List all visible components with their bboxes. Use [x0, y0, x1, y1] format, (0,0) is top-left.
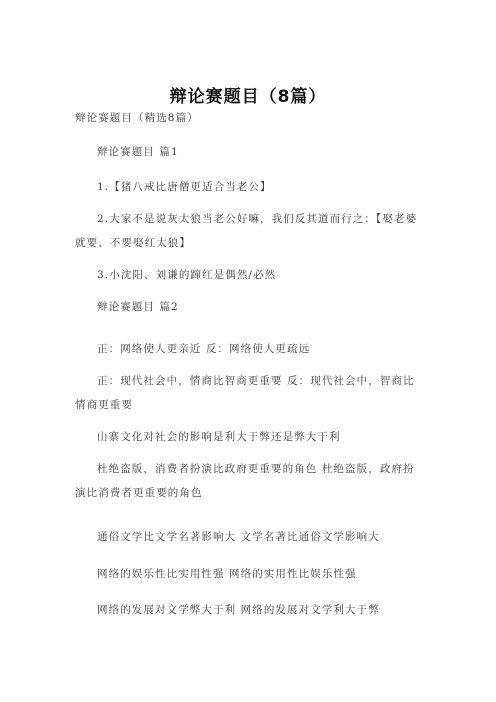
- paragraph: 通俗文学比文学名著影响大 文学名著比通俗文学影响大: [75, 525, 421, 549]
- paragraph: 山寨文化对社会的影响是利大于弊还是弊大于利: [75, 425, 421, 449]
- paragraph: 辩论赛题目 篇2: [75, 295, 421, 319]
- paragraph: 正：网络使人更亲近 反：网络使人更疏远: [75, 337, 421, 361]
- paragraph: 辩论赛题目 篇1: [75, 140, 421, 164]
- paragraph: 杜绝盗版，消费者扮演比政府更重要的角色 杜绝盗版，政府扮演比消费者更重要的角色: [75, 457, 421, 505]
- paragraph: 网络的娱乐性比实用性强 网络的实用性比娱乐性强: [75, 562, 421, 586]
- paragraph: 3.小沈阳、刘谦的蹿红是偶然/必然: [75, 263, 421, 287]
- document-subtitle: 辩论赛题目（精选8篇）: [75, 106, 421, 130]
- document-title: 辩论赛题目（8篇）: [0, 82, 496, 107]
- paragraph: 1.【猪八戒比唐僧更适合当老公】: [75, 175, 421, 199]
- paragraph: 正：现代社会中，情商比智商更重要 反：现代社会中，智商比情商更重要: [75, 369, 421, 417]
- document-page: 辩论赛题目（8篇） 辩论赛题目（精选8篇） 辩论赛题目 篇11.【猪八戒比唐僧更…: [0, 0, 496, 702]
- paragraph: 网络的发展对文学弊大于利 网络的发展对文学利大于弊: [75, 598, 421, 622]
- paragraph: 2.大家不是说灰太狼当老公好嘛，我们反其道而行之：【娶老婆就要、不要娶红太狼】: [75, 207, 421, 255]
